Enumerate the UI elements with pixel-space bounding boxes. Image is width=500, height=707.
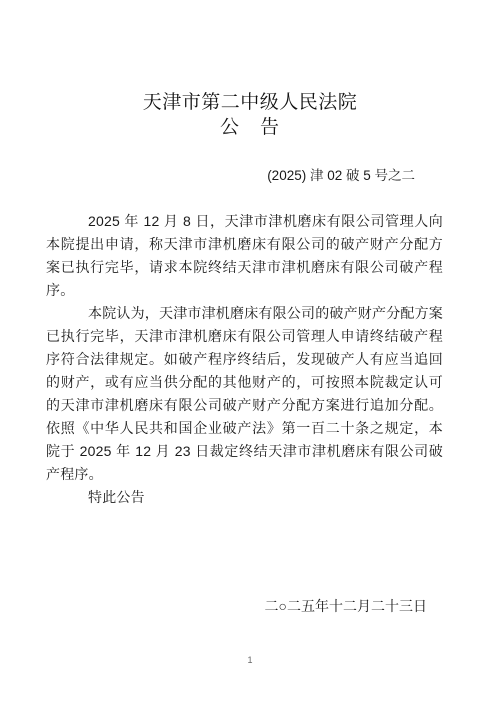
- page-number: 1: [0, 655, 500, 665]
- closing-phrase: 特此公告: [46, 486, 443, 509]
- paragraph-ruling: 本院认为，天津市津机磨床有限公司的破产财产分配方案已执行完毕，天津市津机磨床有限…: [46, 302, 443, 486]
- court-name-heading: 天津市第二中级人民法院: [0, 90, 500, 115]
- case-number: (2025) 津 02 破 5 号之二: [0, 167, 500, 184]
- signature-date: 二○二五年十二月二十三日: [0, 597, 500, 615]
- announcement-document-page: 天津市第二中级人民法院 公 告 (2025) 津 02 破 5 号之二 2025…: [0, 0, 500, 707]
- document-type-heading: 公 告: [0, 115, 500, 140]
- document-body: 2025 年 12 月 8 日，天津市津机磨床有限公司管理人向本院提出申请，称天…: [46, 210, 443, 509]
- paragraph-application: 2025 年 12 月 8 日，天津市津机磨床有限公司管理人向本院提出申请，称天…: [46, 210, 443, 302]
